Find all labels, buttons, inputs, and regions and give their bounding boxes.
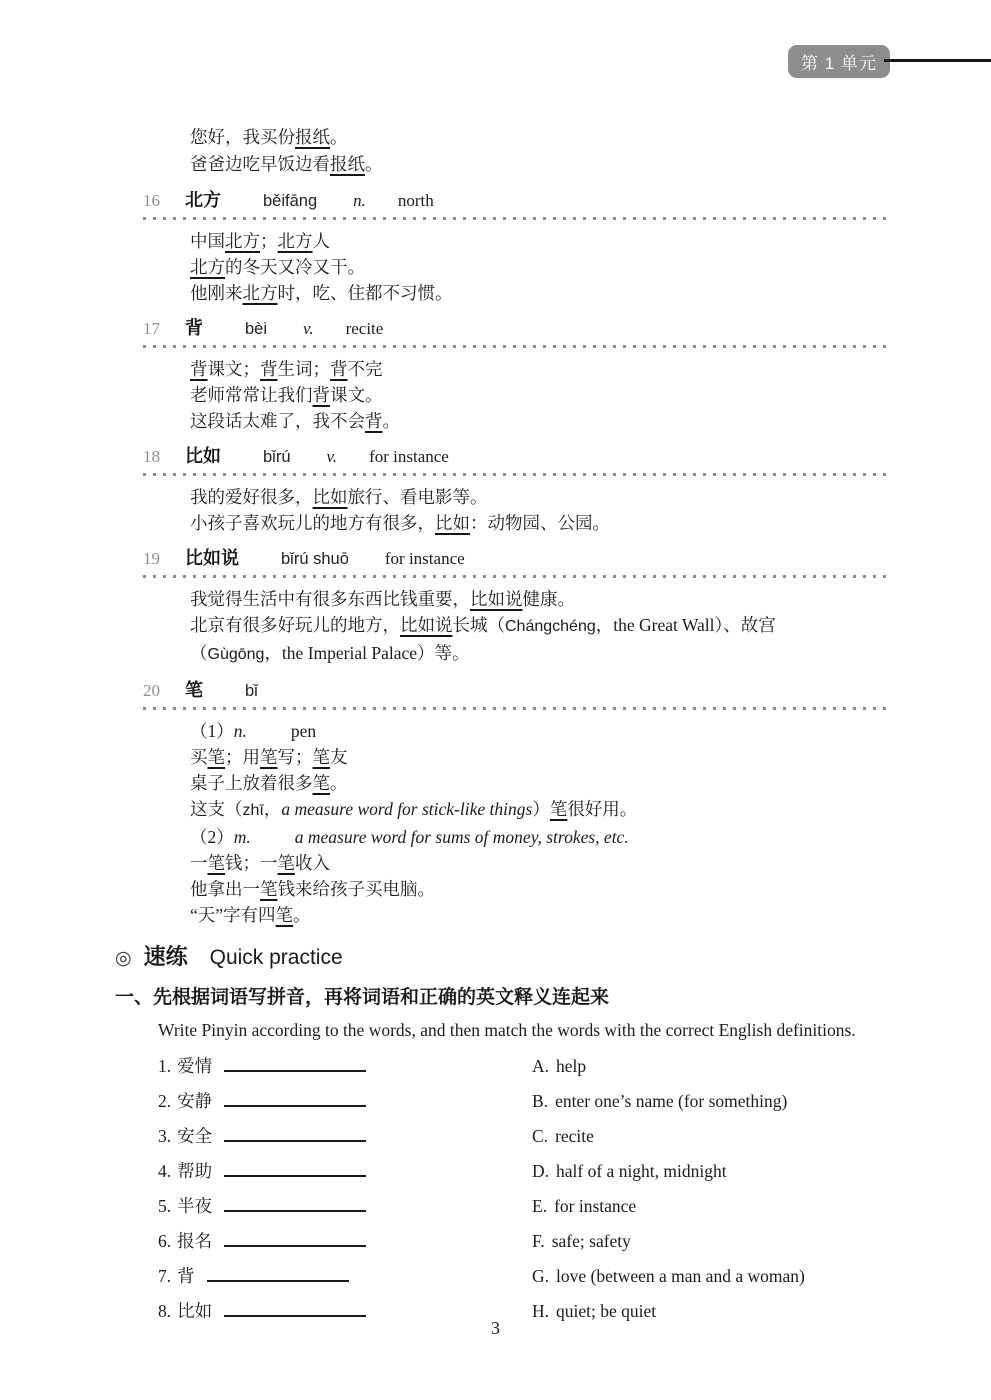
match-row: 4.帮助 D.half of a night, midnight [158, 1161, 893, 1183]
definition-item: C.recite [532, 1126, 594, 1148]
sense-line: （2）m.a measure word for sums of money, s… [190, 824, 893, 850]
item-number: 4. [158, 1161, 171, 1181]
word-item: 7.背 [158, 1266, 532, 1288]
item-number: 5. [158, 1196, 171, 1216]
answer-blank[interactable] [207, 1266, 349, 1282]
example-sentence: 一笔钱；一笔收入 [190, 850, 893, 876]
word-item: 2.安静 [158, 1091, 532, 1113]
item-word: 背 [177, 1266, 195, 1286]
entry-pinyin: bèi [245, 317, 267, 341]
entry-headword: 比如 [185, 444, 221, 468]
entry-number: 18 [143, 445, 185, 469]
entry-18: 18 比如 bǐrú v. for instance 我的爱好很多，比如旅行、看… [115, 444, 893, 536]
definition-text: love (between a man and a woman) [556, 1266, 805, 1286]
definition-item: B.enter one’s name (for something) [532, 1091, 787, 1113]
entry-pos: v. [303, 317, 314, 341]
item-word: 帮助 [177, 1161, 212, 1181]
example-sentence: 这段话太难了，我不会背。 [190, 408, 893, 434]
definition-letter: A. [532, 1056, 549, 1076]
item-number: 3. [158, 1126, 171, 1146]
answer-blank[interactable] [224, 1231, 366, 1247]
item-word: 安静 [177, 1091, 212, 1111]
entry-headword: 比如说 [185, 546, 239, 570]
example-sentence: 我觉得生活中有很多东西比钱重要，比如说健康。 [190, 586, 893, 612]
entry-16: 16 北方 běifāng n. north 中国北方；北方人 北方的冬天又冷又… [115, 188, 893, 306]
match-row: 6.报名 F.safe; safety [158, 1231, 893, 1253]
item-word: 半夜 [177, 1196, 212, 1216]
dotted-divider [143, 217, 893, 220]
entry-pos: n. [353, 189, 366, 213]
example-sentence: 这支（zhī，a measure word for stick-like thi… [190, 796, 893, 824]
item-number: 6. [158, 1231, 171, 1251]
exercise-instruction-cn: 一、先根据词语写拼音，再将词语和正确的英文释义连起来 [115, 985, 893, 1011]
entry-header: 20 笔 bǐ [143, 678, 893, 703]
definition-letter: D. [532, 1161, 549, 1181]
definition-letter: F. [532, 1231, 545, 1251]
definition-letter: C. [532, 1126, 548, 1146]
answer-blank[interactable] [224, 1056, 366, 1072]
entry-examples: 背课文；背生词；背不完 老师常常让我们背课文。 这段话太难了，我不会背。 [190, 356, 893, 434]
example-sentence: 您好，我买份报纸。 [190, 124, 893, 151]
example-sentence: 桌子上放着很多笔。 [190, 770, 893, 796]
word-item: 3.安全 [158, 1126, 532, 1148]
definition-letter: B. [532, 1091, 548, 1111]
dotted-divider [143, 473, 893, 476]
textbook-page: 第 1 单元 您好，我买份报纸。 爸爸边吃早饭边看报纸。 16 北方 běifā… [0, 0, 991, 1400]
entry-pinyin: běifāng [263, 189, 317, 213]
dotted-divider [143, 575, 893, 578]
entry-number: 19 [143, 547, 185, 571]
item-word: 安全 [177, 1126, 212, 1146]
match-row: 5.半夜 E.for instance [158, 1196, 893, 1218]
example-sentence: “天”字有四笔。 [190, 902, 893, 928]
example-sentence: 小孩子喜欢玩儿的地方有很多，比如：动物园、公园。 [190, 510, 893, 536]
answer-blank[interactable] [224, 1126, 366, 1142]
matching-exercise: 1.爱情 A.help 2.安静 B.enter one’s name (for… [158, 1056, 893, 1323]
quick-practice-heading: ◎ 速练 Quick practice [115, 940, 893, 971]
word-item: 1.爱情 [158, 1056, 532, 1078]
entry-examples: 中国北方；北方人 北方的冬天又冷又干。 他刚来北方时，吃、住都不习惯。 [190, 228, 893, 306]
definition-item: F.safe; safety [532, 1231, 631, 1253]
entry-number: 20 [143, 679, 185, 703]
definition-item: A.help [532, 1056, 586, 1078]
entry-meaning: north [398, 189, 434, 213]
definition-item: G.love (between a man and a woman) [532, 1266, 805, 1288]
definition-item: E.for instance [532, 1196, 636, 1218]
page-content: 您好，我买份报纸。 爸爸边吃早饭边看报纸。 16 北方 běifāng n. n… [115, 124, 893, 1336]
entry-headword: 北方 [185, 188, 221, 212]
example-sentence: 背课文；背生词；背不完 [190, 356, 893, 382]
definition-letter: E. [532, 1196, 547, 1216]
example-sentence: 中国北方；北方人 [190, 228, 893, 254]
double-circle-icon: ◎ [115, 947, 132, 970]
entry-pinyin: bǐ [245, 679, 258, 703]
entry-examples: 我觉得生活中有很多东西比钱重要，比如说健康。 北京有很多好玩儿的地方，比如说长城… [190, 586, 893, 668]
entry-header: 16 北方 běifāng n. north [143, 188, 893, 213]
item-word: 爱情 [177, 1056, 212, 1076]
answer-blank[interactable] [224, 1161, 366, 1177]
entry-meaning: for instance [369, 445, 449, 469]
answer-blank[interactable] [224, 1301, 366, 1317]
entry-pinyin: bǐrú [263, 445, 291, 469]
item-number: 7. [158, 1266, 171, 1286]
item-number: 1. [158, 1056, 171, 1076]
definition-text: recite [555, 1126, 594, 1146]
definition-text: help [556, 1056, 586, 1076]
entry-pinyin: bǐrú shuō [281, 547, 349, 571]
item-word: 报名 [177, 1231, 212, 1251]
entry-number: 17 [143, 317, 185, 341]
answer-blank[interactable] [224, 1091, 366, 1107]
dotted-divider [143, 345, 893, 348]
entry-headword: 背 [185, 316, 203, 340]
example-sentence: 我的爱好很多，比如旅行、看电影等。 [190, 484, 893, 510]
word-item: 6.报名 [158, 1231, 532, 1253]
entry-number: 16 [143, 189, 185, 213]
example-sentence: 爸爸边吃早饭边看报纸。 [190, 151, 893, 178]
match-row: 2.安静 B.enter one’s name (for something) [158, 1091, 893, 1113]
page-number: 3 [0, 1318, 991, 1339]
word-item: 4.帮助 [158, 1161, 532, 1183]
exercise-instruction-en: Write Pinyin according to the words, and… [158, 1017, 903, 1044]
example-sentence: 他刚来北方时，吃、住都不习惯。 [190, 280, 893, 306]
quick-practice-title-en: Quick practice [210, 946, 343, 970]
match-row: 3.安全 C.recite [158, 1126, 893, 1148]
lead-examples: 您好，我买份报纸。 爸爸边吃早饭边看报纸。 [190, 124, 893, 178]
entry-17: 17 背 bèi v. recite 背课文；背生词；背不完 老师常常让我们背课… [115, 316, 893, 434]
entry-headword: 笔 [185, 678, 203, 702]
example-sentence: 北京有很多好玩儿的地方，比如说长城（Chángchéng，the Great W… [190, 612, 893, 640]
header-rule [884, 59, 991, 62]
dotted-divider [143, 707, 893, 710]
entry-header: 17 背 bèi v. recite [143, 316, 893, 341]
entry-meaning: recite [346, 317, 384, 341]
definition-letter: G. [532, 1266, 549, 1286]
sense-line: （1）n.pen [190, 718, 893, 744]
definition-text: half of a night, midnight [556, 1161, 727, 1181]
example-sentence: 北方的冬天又冷又干。 [190, 254, 893, 280]
entry-examples: 我的爱好很多，比如旅行、看电影等。 小孩子喜欢玩儿的地方有很多，比如：动物园、公… [190, 484, 893, 536]
definition-text: enter one’s name (for something) [555, 1091, 787, 1111]
entry-examples: （1）n.pen 买笔；用笔写；笔友 桌子上放着很多笔。 这支（zhī，a me… [190, 718, 893, 928]
example-sentence: 老师常常让我们背课文。 [190, 382, 893, 408]
definition-item: D.half of a night, midnight [532, 1161, 727, 1183]
example-sentence: （Gùgōng，the Imperial Palace）等。 [190, 640, 893, 668]
definition-text: safe; safety [552, 1231, 631, 1251]
item-number: 2. [158, 1091, 171, 1111]
definition-text: for instance [554, 1196, 636, 1216]
match-row: 1.爱情 A.help [158, 1056, 893, 1078]
entry-19: 19 比如说 bǐrú shuō for instance 我觉得生活中有很多东… [115, 546, 893, 668]
match-row: 7.背 G.love (between a man and a woman) [158, 1266, 893, 1288]
answer-blank[interactable] [224, 1196, 366, 1212]
entry-header: 19 比如说 bǐrú shuō for instance [143, 546, 893, 571]
example-sentence: 买笔；用笔写；笔友 [190, 744, 893, 770]
word-item: 5.半夜 [158, 1196, 532, 1218]
quick-practice-title-cn: 速练 [144, 940, 188, 971]
entry-20: 20 笔 bǐ （1）n.pen 买笔；用笔写；笔友 桌子上放着很多笔。 这支（… [115, 678, 893, 928]
example-sentence: 他拿出一笔钱来给孩子买电脑。 [190, 876, 893, 902]
entry-header: 18 比如 bǐrú v. for instance [143, 444, 893, 469]
entry-pos: v. [327, 445, 338, 469]
unit-badge: 第 1 单元 [788, 45, 890, 78]
entry-meaning: for instance [385, 547, 465, 571]
